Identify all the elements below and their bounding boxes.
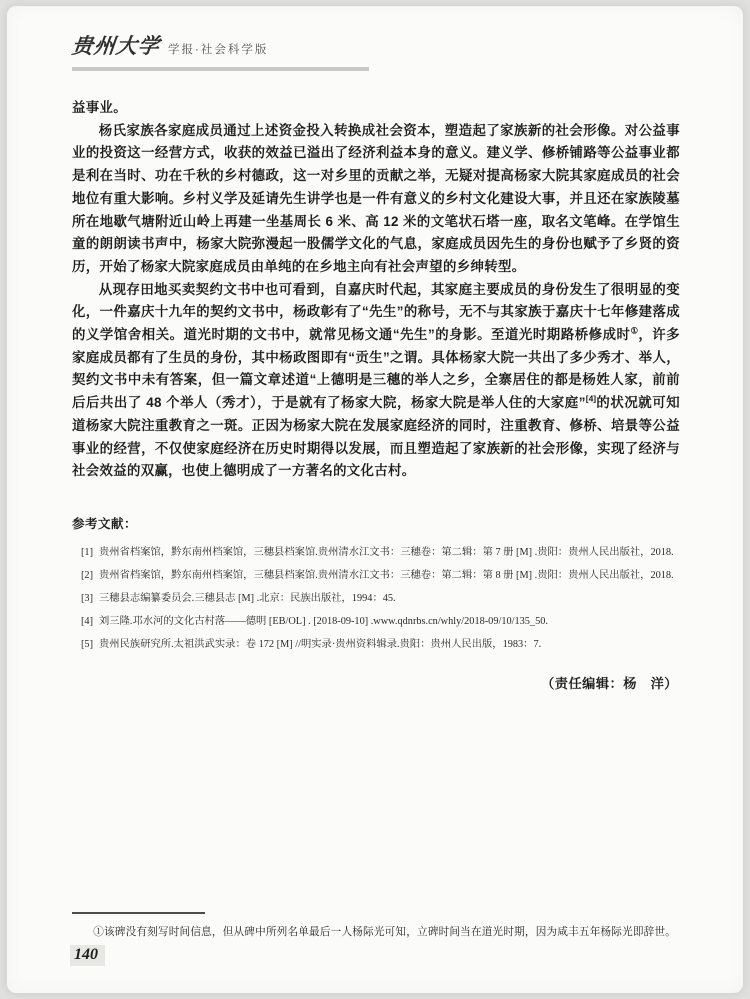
page-header: 贵州大学 学报·社会科学版 xyxy=(72,30,680,71)
reference-label: [1] xyxy=(81,547,93,558)
reference-label: [2] xyxy=(81,570,93,581)
citation-superscript: [4] xyxy=(586,394,596,404)
reference-label: [5] xyxy=(81,639,93,650)
paragraph-text: 杨氏家族各家庭成员通过上述资金投入转换成社会资本，塑造起了家族新的社会形像。对公… xyxy=(72,123,680,274)
reference-item: [4]刘三隆.邛水河的文化古村落——德明 [EB/OL] . [2018-09-… xyxy=(81,610,680,633)
journal-subtitle: 学报·社会科学版 xyxy=(168,41,268,57)
reference-text: 贵州省档案馆，黔东南州档案馆，三穗县档案馆.贵州清水江文书：三穗卷：第二辑：第 … xyxy=(99,547,674,558)
scan-frame: 贵州大学 学报·社会科学版 益事业。杨氏家族各家庭成员通过上述资金投入转换成社会… xyxy=(0,0,750,999)
article-body: 益事业。杨氏家族各家庭成员通过上述资金投入转换成社会资本，塑造起了家族新的社会形… xyxy=(72,97,680,692)
reference-item: [5]贵州民族研究所.太祖洪武实录：卷 172 [M] //明实录·贵州资料辑录… xyxy=(81,633,680,656)
reference-label: [3] xyxy=(81,593,93,604)
page-footer: ①该碑没有刻写时间信息，但从碑中所列名单最后一人杨际光可知，立碑时间当在道光时期… xyxy=(72,912,680,966)
paragraph-text: 益事业。 xyxy=(72,100,127,115)
article-paragraph: 益事业。 xyxy=(72,97,680,120)
header-divider xyxy=(72,67,369,71)
references-list: [1]贵州省档案馆，黔东南州档案馆，三穗县档案馆.贵州清水江文书：三穗卷：第二辑… xyxy=(72,541,680,656)
university-logo-calligraphy: 贵州大学 xyxy=(70,30,161,60)
reference-text: 三穗县志编纂委员会.三穗县志 [M] .北京：民族出版社，1994：45. xyxy=(99,593,396,604)
reference-text: 贵州省档案馆，黔东南州档案馆，三穗县档案馆.贵州清水江文书：三穗卷：第二辑：第 … xyxy=(99,570,674,581)
article-paragraphs: 益事业。杨氏家族各家庭成员通过上述资金投入转换成社会资本，塑造起了家族新的社会形… xyxy=(72,97,680,483)
reference-item: [2]贵州省档案馆，黔东南州档案馆，三穗县档案馆.贵州清水江文书：三穗卷：第二辑… xyxy=(81,564,680,587)
journal-page: 贵州大学 学报·社会科学版 益事业。杨氏家族各家庭成员通过上述资金投入转换成社会… xyxy=(7,6,743,993)
editor-credit: （责任编辑：杨 洋） xyxy=(72,673,680,692)
journal-masthead: 贵州大学 学报·社会科学版 xyxy=(72,30,680,60)
reference-label: [4] xyxy=(81,616,93,627)
references-heading: 参考文献： xyxy=(72,514,680,532)
references-section: 参考文献： [1]贵州省档案馆，黔东南州档案馆，三穗县档案馆.贵州清水江文书：三… xyxy=(72,514,680,656)
footnote-text: ①该碑没有刻写时间信息，但从碑中所列名单最后一人杨际光可知，立碑时间当在道光时期… xyxy=(72,925,680,940)
reference-item: [3]三穗县志编纂委员会.三穗县志 [M] .北京：民族出版社，1994：45. xyxy=(81,587,680,610)
reference-text: 刘三隆.邛水河的文化古村落——德明 [EB/OL] . [2018-09-10]… xyxy=(99,616,548,627)
reference-text: 贵州民族研究所.太祖洪武实录：卷 172 [M] //明实录·贵州资料辑录.贵阳… xyxy=(99,639,541,650)
page-number: 140 xyxy=(70,945,105,966)
footnote-divider xyxy=(72,912,205,914)
article-paragraph: 从现存田地买卖契约文书中也可看到，自嘉庆时代起，其家庭主要成员的身份发生了很明显… xyxy=(72,279,680,483)
paragraph-text: 从现存田地买卖契约文书中也可看到，自嘉庆时代起，其家庭主要成员的身份发生了很明显… xyxy=(72,282,680,342)
article-paragraph: 杨氏家族各家庭成员通过上述资金投入转换成社会资本，塑造起了家族新的社会形像。对公… xyxy=(72,120,680,279)
reference-item: [1]贵州省档案馆，黔东南州档案馆，三穗县档案馆.贵州清水江文书：三穗卷：第二辑… xyxy=(81,541,680,564)
